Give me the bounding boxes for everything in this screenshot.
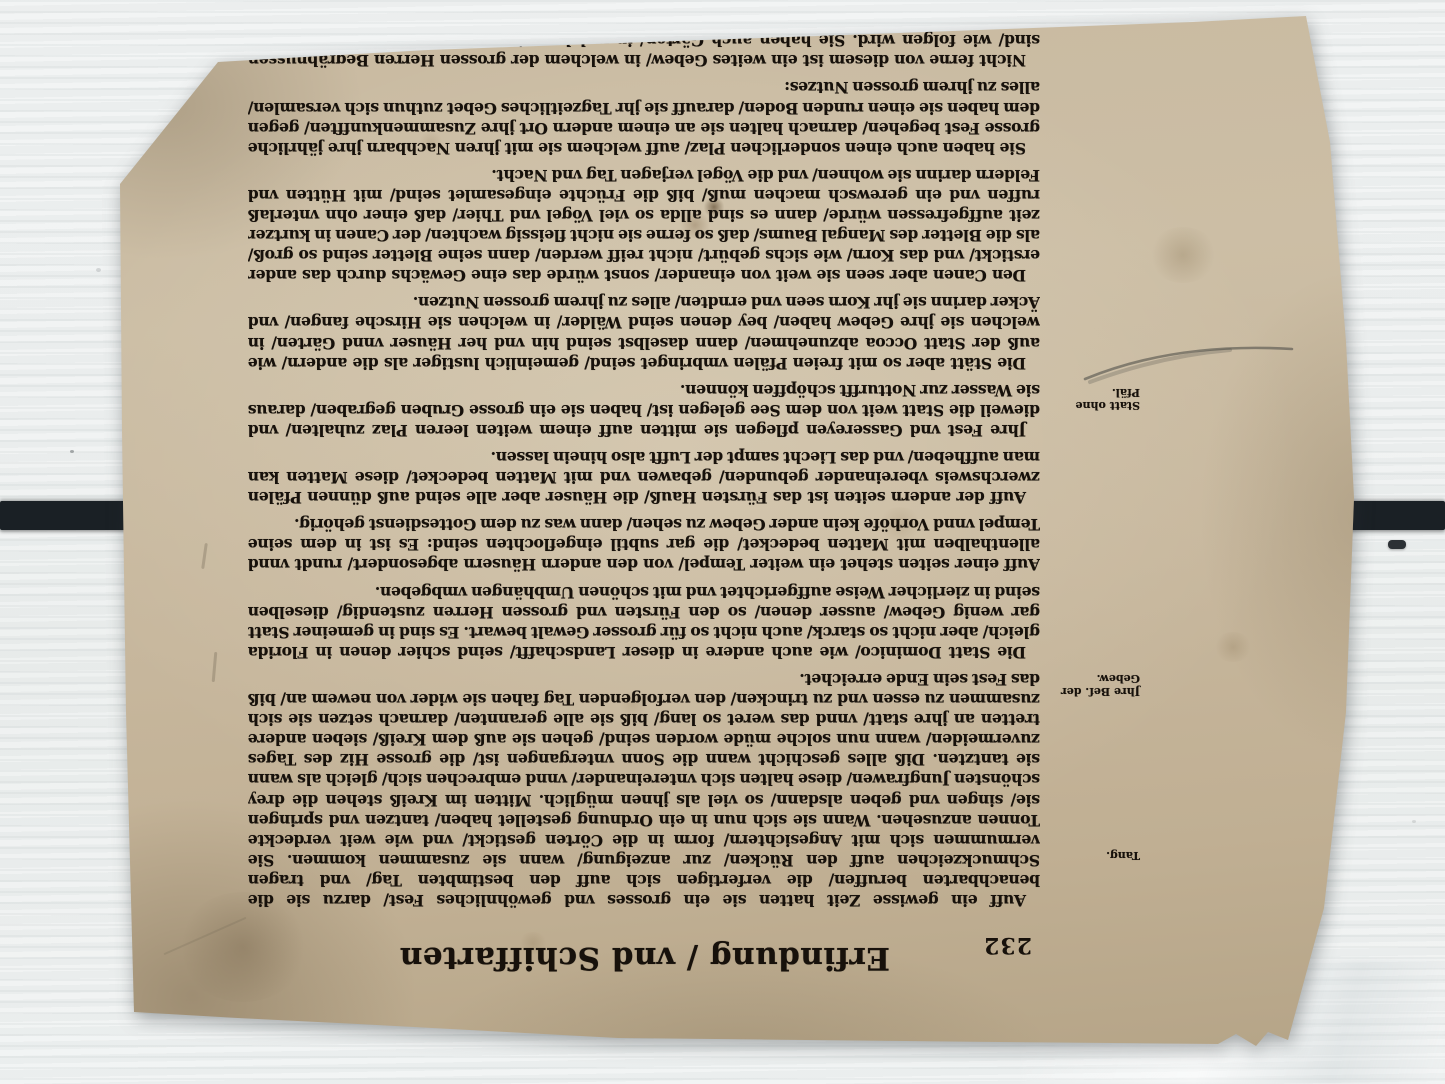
- paragraph: Die Statt Dominico/ wie auch andere in d…: [248, 582, 1040, 662]
- printed-page-content: 232 Erfindung / vnd Schiffarten Tang. Jh…: [118, 12, 1358, 1058]
- paper-sheet: 232 Erfindung / vnd Schiffarten Tang. Jh…: [118, 12, 1358, 1058]
- margin-note-statt-ohne-pfael: Statt ohne Pfäl.: [1048, 386, 1140, 412]
- paragraph: Die Stätt aber so mit freien Pfälen vmbr…: [248, 292, 1040, 372]
- running-head: 232 Erfindung / vnd Schiffarten: [118, 920, 1358, 984]
- paragraph: Den Canen aber seen sie weit von einande…: [248, 165, 1040, 286]
- margin-note-gebew: Jhre Beſ. der Gebew.: [1048, 672, 1140, 698]
- paragraph: Sie haben auch einen sonderlichen Plaz/ …: [248, 77, 1040, 157]
- paragraph: Auff einer seiten stehet ein weiter Temp…: [248, 514, 1040, 574]
- paragraph: Nicht ferne von diesem ist ein weites Ge…: [248, 22, 1040, 70]
- paragraph: Auff der andern seiten ist das Fürsten H…: [248, 447, 1040, 507]
- paragraph: Jhre Fest vnd Gassereyen pflegen sie mit…: [248, 380, 1040, 440]
- paragraph: Auff ein gewisse Zeit hatten sie ein gro…: [248, 669, 1040, 910]
- photo-of-antique-page: 232 Erfindung / vnd Schiffarten Tang. Jh…: [0, 0, 1445, 1084]
- body-text-column: Auff ein gewisse Zeit hatten sie ein gro…: [248, 22, 1040, 910]
- margin-note-tang: Tang.: [1048, 849, 1140, 862]
- page-number: 232: [983, 932, 1032, 958]
- paper-sheet-wrapper: 232 Erfindung / vnd Schiffarten Tang. Jh…: [0, 0, 1445, 1084]
- running-title: Erfindung / vnd Schiffarten: [399, 940, 890, 976]
